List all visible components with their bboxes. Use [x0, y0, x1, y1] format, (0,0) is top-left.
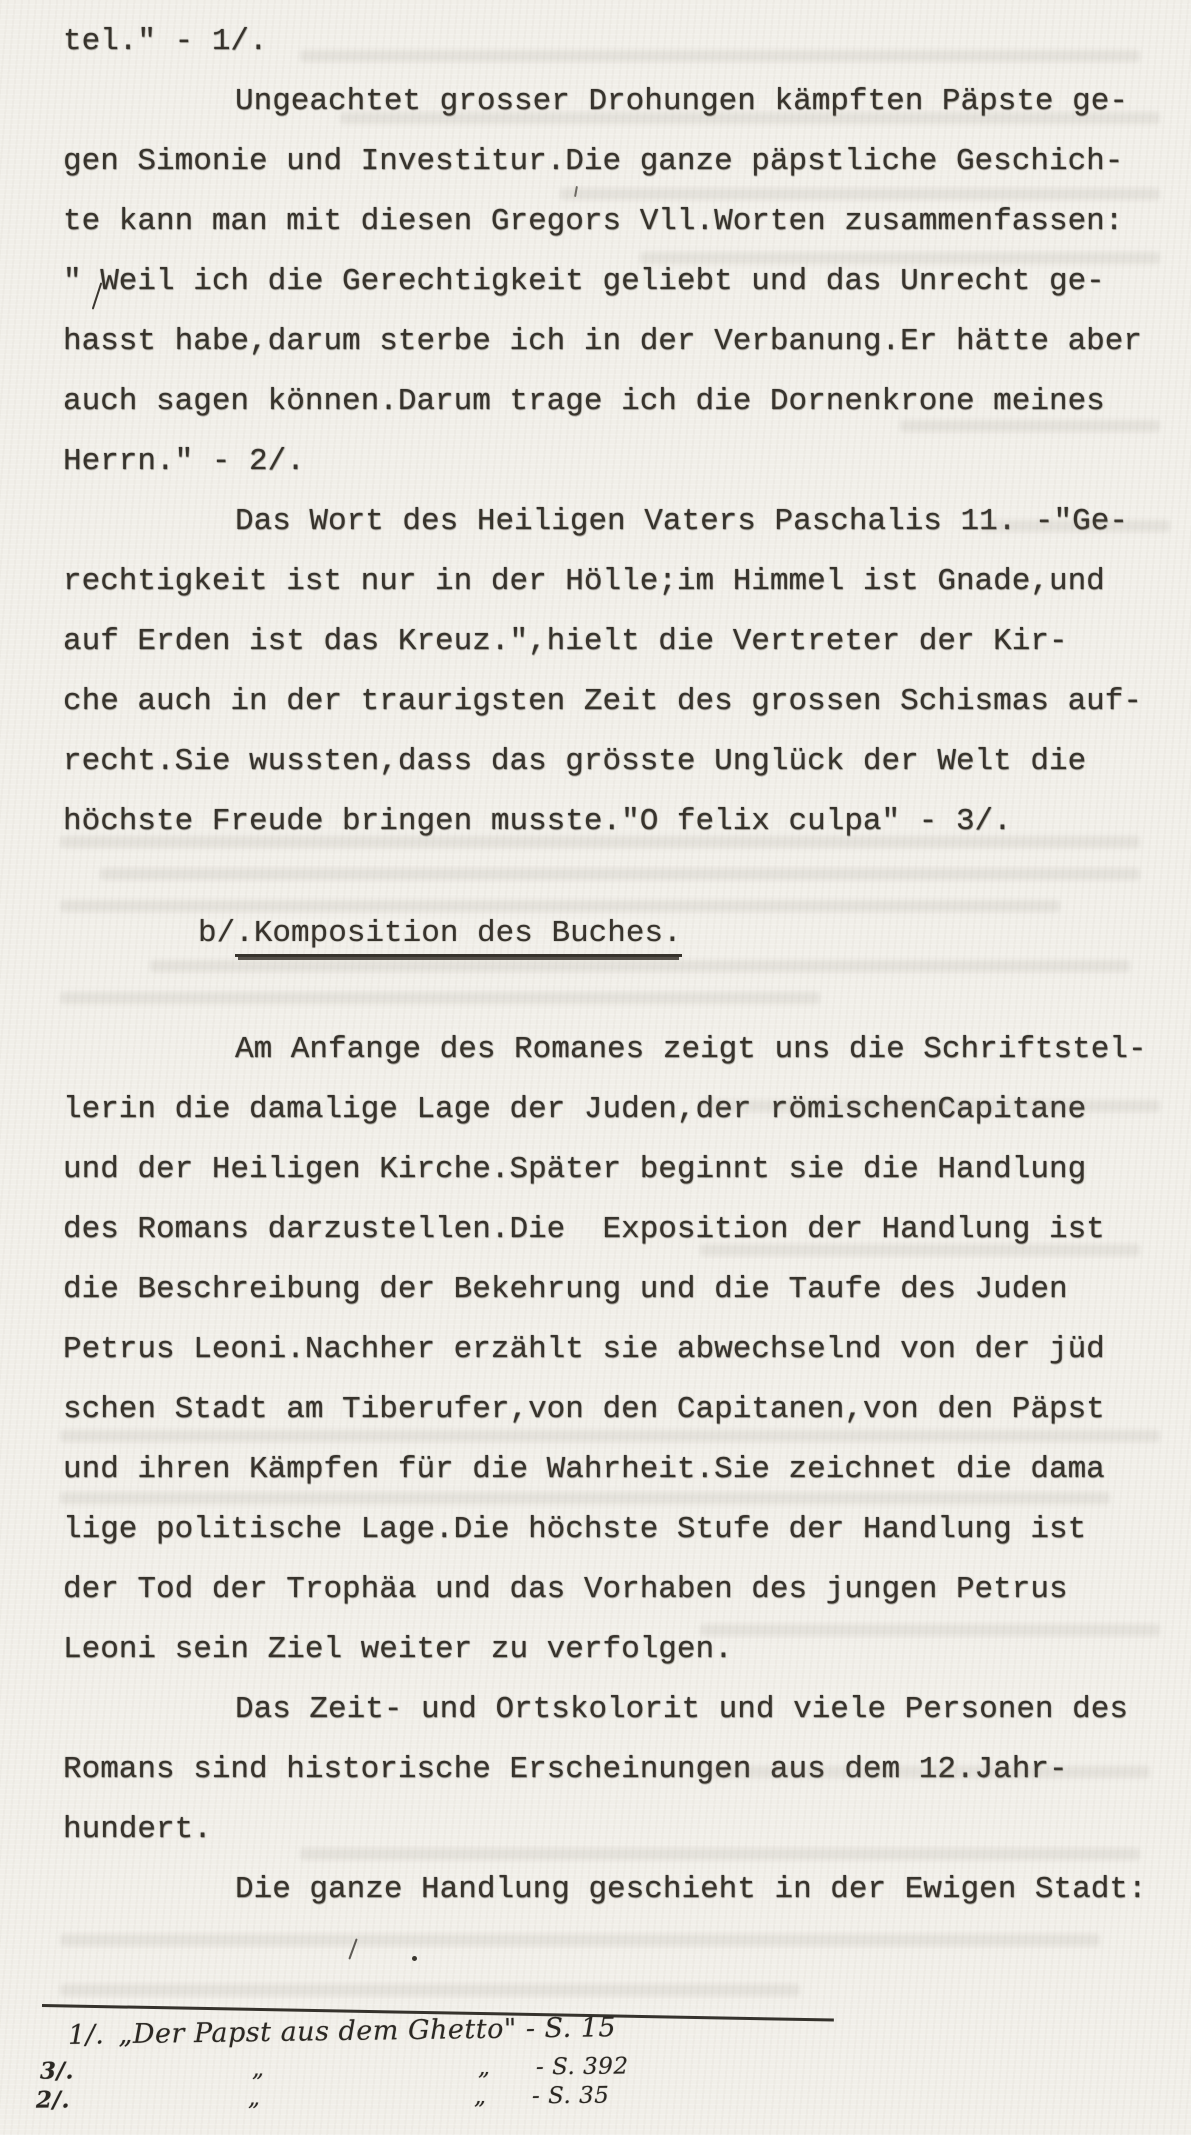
text-line: hasst habe,darum sterbe ich in der Verba…: [0, 312, 1191, 372]
footnote-marker: 1/.: [68, 2019, 105, 2051]
manuscript-page: tel." - 1/.Ungeachtet grosser Drohungen …: [0, 0, 1191, 2135]
bleedthrough-mark: [700, 1766, 1150, 1778]
text-line: tel." - 1/.: [0, 12, 1191, 72]
text-line: und ihren Kämpfen für die Wahrheit.Sie z…: [0, 1440, 1191, 1500]
heading-title: .Komposition des Buches.: [235, 916, 681, 957]
text-line: Am Anfange des Romanes zeigt uns die Sch…: [0, 1020, 1191, 1080]
footnote-text: „Der Papst aus dem Ghetto" - S. 15: [118, 2012, 616, 2050]
bleedthrough-mark: [100, 868, 1140, 880]
text-line: die Beschreibung der Bekehrung und die T…: [0, 1260, 1191, 1320]
bleedthrough-mark: [60, 1492, 1110, 1504]
text-line: lige politische Lage.Die höchste Stufe d…: [0, 1500, 1191, 1560]
text-line: recht.Sie wussten,dass das grösste Unglü…: [0, 732, 1191, 792]
footnote-page: - S. 35: [532, 2083, 610, 2110]
ditto-mark: „: [478, 2055, 491, 2081]
text-line: Die ganze Handlung geschieht in der Ewig…: [0, 1860, 1191, 1920]
bleedthrough-mark: [340, 112, 1160, 124]
bleedthrough-mark: [60, 1934, 1100, 1946]
bleedthrough-mark: [700, 1624, 1160, 1636]
ditto-mark: „: [248, 2085, 261, 2111]
bleedthrough-mark: [60, 836, 1140, 848]
bleedthrough-mark: [300, 1848, 1140, 1860]
stray-ink-mark: [412, 1956, 417, 1961]
text-line: Das Zeit- und Ortskolorit und viele Pers…: [0, 1680, 1191, 1740]
text-line: und der Heiligen Kirche.Später beginnt s…: [0, 1140, 1191, 1200]
bleedthrough-mark: [300, 50, 1140, 62]
bleedthrough-mark: [700, 1100, 1160, 1112]
ditto-mark: „: [252, 2056, 265, 2082]
bleedthrough-mark: [640, 252, 1160, 264]
heading-prefix: b/: [198, 916, 235, 951]
bleedthrough-mark: [700, 1244, 1140, 1256]
text-line: rechtigkeit ist nur in der Hölle;im Himm…: [0, 552, 1191, 612]
bleedthrough-mark: [60, 1430, 1160, 1442]
text-line: gen Simonie und Investitur.Die ganze päp…: [0, 132, 1191, 192]
text-line: Herrn." - 2/.: [0, 432, 1191, 492]
bleedthrough-mark: [980, 520, 1170, 532]
footnote-marker: 2/.: [36, 2086, 70, 2113]
paragraph-block-bottom: Am Anfange des Romanes zeigt uns die Sch…: [0, 1020, 1191, 1920]
bleedthrough-mark: [560, 188, 1160, 200]
footnote-row: 2/. „ „ - S. 35: [36, 2081, 796, 2116]
ditto-mark: „: [474, 2084, 487, 2110]
footnote-row: 1/.„Der Papst aus dem Ghetto" - S. 15: [68, 2012, 617, 2051]
text-line: te kann man mit diesen Gregors Vll.Worte…: [0, 192, 1191, 252]
bleedthrough-mark: [60, 992, 820, 1004]
bleedthrough-mark: [60, 1984, 800, 1996]
bleedthrough-mark: [60, 900, 1060, 912]
text-line: auf Erden ist das Kreuz.",hielt die Vert…: [0, 612, 1191, 672]
text-line: der Tod der Trophäa und das Vorhaben des…: [0, 1560, 1191, 1620]
footnote-marker: 3/.: [40, 2057, 74, 2084]
footnote-page: - S. 392: [536, 2054, 629, 2081]
text-line: che auch in der traurigsten Zeit des gro…: [0, 672, 1191, 732]
text-line: Petrus Leoni.Nachher erzählt sie abwechs…: [0, 1320, 1191, 1380]
bleedthrough-mark: [900, 420, 1160, 432]
bleedthrough-mark: [150, 960, 1130, 972]
